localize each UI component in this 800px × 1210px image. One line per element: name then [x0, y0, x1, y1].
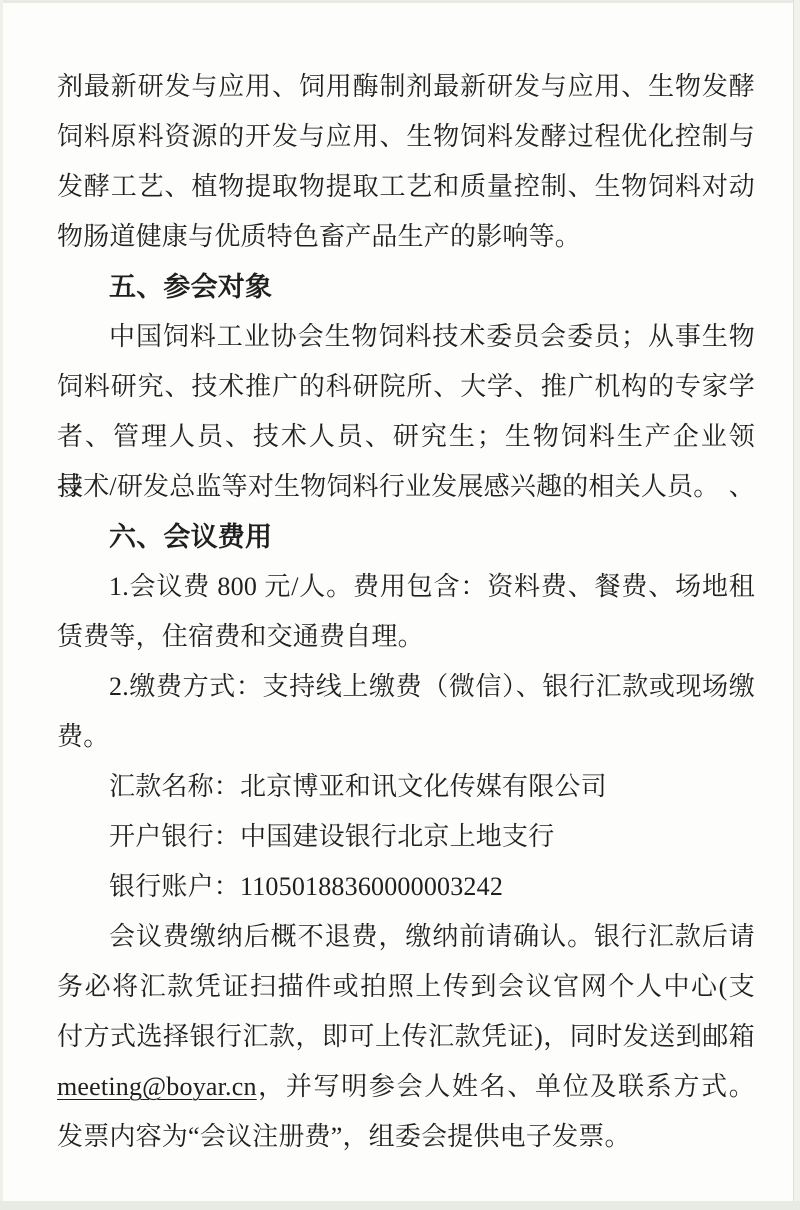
text-line: 中国饲料工业协会生物饲料技术委员会委员；从事生物 — [57, 312, 755, 362]
email-link[interactable]: meeting@boyar.cn — [57, 1072, 257, 1101]
text-line: 者、管理人员、技术人员、研究生；生物饲料生产企业领导、 — [57, 412, 755, 462]
page-edge-left — [0, 0, 3, 1210]
text-line: 汇款名称：北京博亚和讯文化传媒有限公司 — [57, 762, 755, 812]
text-line: 发酵工艺、植物提取物提取工艺和质量控制、生物饲料对动 — [57, 162, 755, 212]
document-body: 剂最新研发与应用、饲用酶制剂最新研发与应用、生物发酵饲料原料资源的开发与应用、生… — [57, 62, 755, 1162]
text-line: 饲料原料资源的开发与应用、生物饲料发酵过程优化控制与 — [57, 112, 755, 162]
text-line: 银行账户：11050188360000003242 — [57, 862, 755, 912]
text-line: 技术/研发总监等对生物饲料行业发展感兴趣的相关人员。 — [57, 462, 755, 512]
section-heading: 六、会议费用 — [57, 512, 755, 562]
text-line: 费。 — [57, 712, 755, 762]
text-line: 发票内容为“会议注册费”，组委会提供电子发票。 — [57, 1112, 755, 1162]
text-line: 物肠道健康与优质特色畜产品生产的影响等。 — [57, 212, 755, 262]
page-edge-right — [794, 0, 800, 1210]
page-edge-bottom — [0, 1201, 800, 1210]
text-line: 2.缴费方式：支持线上缴费（微信）、银行汇款或现场缴 — [57, 662, 755, 712]
text-line: 会议费缴纳后概不退费，缴纳前请确认。银行汇款后请 — [57, 912, 755, 962]
document-page: 剂最新研发与应用、饲用酶制剂最新研发与应用、生物发酵饲料原料资源的开发与应用、生… — [0, 0, 800, 1210]
text-line: 务必将汇款凭证扫描件或拍照上传到会议官网个人中心(支 — [57, 962, 755, 1012]
text-line: meeting@boyar.cn，并写明参会人姓名、单位及联系方式。 — [57, 1062, 755, 1112]
text-line: 开户银行：中国建设银行北京上地支行 — [57, 812, 755, 862]
text-segment: ，并写明参会人姓名、单位及联系方式。 — [257, 1072, 755, 1101]
text-line: 1.会议费 800 元/人。费用包含：资料费、餐费、场地租 — [57, 562, 755, 612]
text-line: 赁费等，住宿费和交通费自理。 — [57, 612, 755, 662]
text-line: 饲料研究、技术推广的科研院所、大学、推广机构的专家学 — [57, 362, 755, 412]
text-line: 付方式选择银行汇款，即可上传汇款凭证)，同时发送到邮箱 — [57, 1012, 755, 1062]
section-heading: 五、参会对象 — [57, 262, 755, 312]
page-edge-top — [0, 0, 800, 3]
text-line: 剂最新研发与应用、饲用酶制剂最新研发与应用、生物发酵 — [57, 62, 755, 112]
